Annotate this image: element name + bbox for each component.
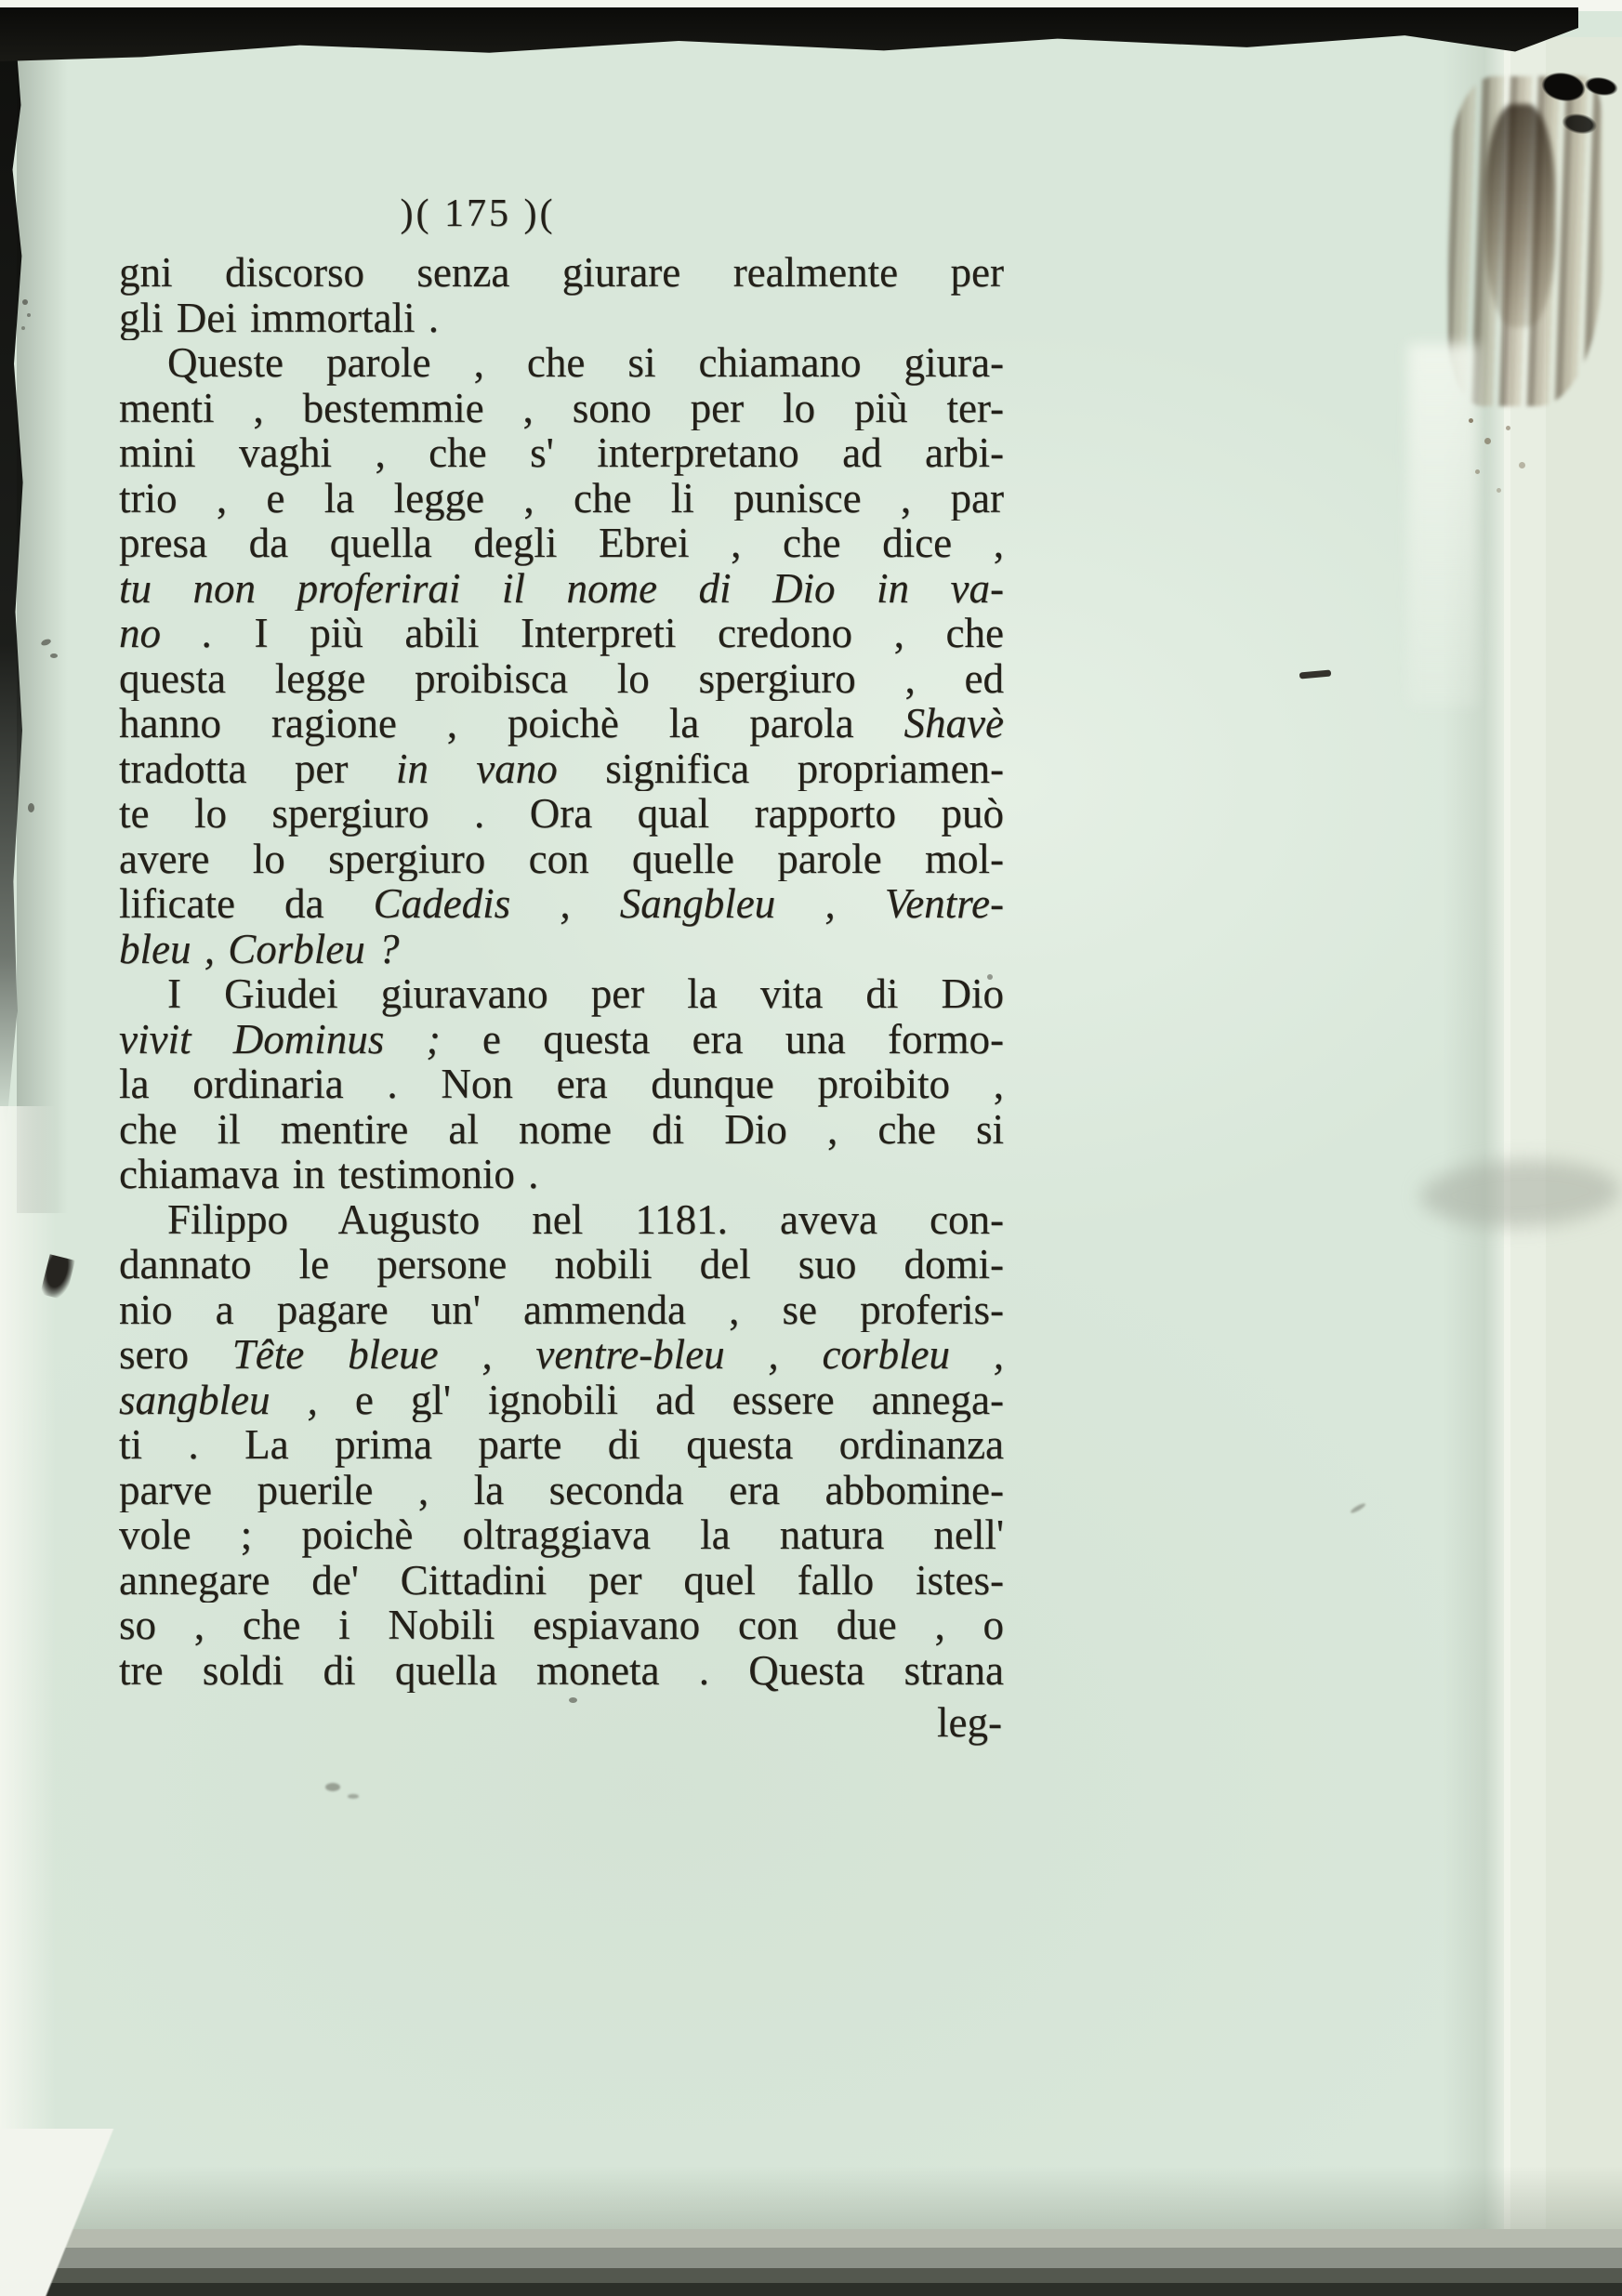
- text-segment: avere lo spergiuro con quelle parole mol…: [119, 837, 1004, 882]
- text-segment: nio a pagare un' ammenda , se proferis-: [119, 1287, 1004, 1333]
- text-line: hanno ragione , poichè la parola Shavè: [119, 701, 1004, 746]
- text-block: )( 175 )( gni discorso senza giurare rea…: [119, 191, 1004, 1746]
- text-segment: te lo spergiuro . Ora qual rapporto può: [119, 791, 1004, 837]
- text-line: Filippo Augusto nel 1181. aveva con-: [119, 1197, 1004, 1243]
- text-line: tre soldi di quella moneta . Questa stra…: [119, 1648, 1004, 1694]
- text-line: la ordinaria . Non era dunque proibito ,: [119, 1062, 1004, 1107]
- text-segment: la ordinaria . Non era dunque proibito ,: [119, 1062, 1004, 1107]
- text-segment: Tête bleue , ventre-bleu , corbleu ,: [232, 1332, 1004, 1378]
- text-segment: dannato le persone nobili del suo domi-: [119, 1242, 1004, 1287]
- text-segment: tradotta per: [119, 746, 396, 792]
- text-segment: significa propriamen-: [558, 746, 1004, 792]
- text-segment: gli Dei immortali .: [119, 296, 439, 341]
- text-line: annegare de' Cittadini per quel fallo is…: [119, 1558, 1004, 1603]
- text-segment: e gl' ignobili ad essere annega-: [318, 1378, 1004, 1423]
- text-line: gli Dei immortali .: [119, 296, 1004, 341]
- text-segment: mini vaghi , che s' interpretano ad arbi…: [119, 430, 1004, 476]
- text-segment: annegare de' Cittadini per quel fallo is…: [119, 1558, 1004, 1603]
- text-segment: chiamava in testimonio .: [119, 1152, 538, 1197]
- text-line: sangbleu , e gl' ignobili ad essere anne…: [119, 1378, 1004, 1423]
- text-line: lificate da Cadedis , Sangbleu , Ventre-: [119, 881, 1004, 927]
- pale-streak: [1408, 344, 1478, 706]
- text-segment: questa legge proibisca lo spergiuro , ed: [119, 656, 1004, 702]
- text-segment: parve puerile , la seconda era abbomine-: [119, 1468, 1004, 1513]
- text-segment: ti . La prima parte di questa ordinanza: [119, 1422, 1004, 1468]
- text-line: vivit Dominus ; e questa era una formo-: [119, 1017, 1004, 1062]
- text-line: questa legge proibisca lo spergiuro , ed: [119, 656, 1004, 702]
- text-segment: trio , e la legge , che li punisce , par: [119, 476, 1004, 521]
- text-line: ti . La prima parte di questa ordinanza: [119, 1422, 1004, 1468]
- text-segment: che il mentire al nome di Dio , che si: [119, 1107, 1004, 1153]
- text-segment: Queste parole , che si chiamano giura-: [167, 340, 1004, 386]
- text-segment: Filippo Augusto nel 1181. aveva con-: [167, 1197, 1004, 1243]
- catchword: leg-: [119, 1700, 1004, 1746]
- text-line: no . I più abili Interpreti credono , ch…: [119, 611, 1004, 656]
- text-segment: so , che i Nobili espiavano con due , o: [119, 1603, 1004, 1648]
- text-line: mini vaghi , che s' interpretano ad arbi…: [119, 430, 1004, 476]
- text-segment: I più abili Interpreti credono , che: [213, 611, 1004, 656]
- text-line: tu non proferirai il nome di Dio in va-: [119, 566, 1004, 612]
- paper-speck: [28, 803, 34, 812]
- text-line: tradotta per in vano significa propriame…: [119, 746, 1004, 792]
- text-segment: gni discorso senza giurare realmente per: [119, 250, 1004, 296]
- paper-speck: [50, 653, 58, 658]
- text-segment: vivit Dominus ;: [119, 1017, 441, 1062]
- text-line: presa da quella degli Ebrei , che dice ,: [119, 521, 1004, 566]
- text-segment: in vano: [396, 746, 558, 792]
- text-line: chiamava in testimonio .: [119, 1152, 1004, 1197]
- text-line: menti , bestemmie , sono per lo più ter-: [119, 386, 1004, 431]
- text-segment: Cadedis , Sangbleu , Ventre-: [374, 881, 1004, 927]
- text-line: gni discorso senza giurare realmente per: [119, 250, 1004, 296]
- text-segment: Shavè: [904, 701, 1004, 746]
- text-segment: menti , bestemmie , sono per lo più ter-: [119, 386, 1004, 431]
- text-line: bleu , Corbleu ?: [119, 927, 1004, 972]
- text-segment: tre soldi di quella moneta . Questa stra…: [119, 1648, 1004, 1694]
- text-segment: no .: [119, 611, 213, 656]
- text-line: so , che i Nobili espiavano con due , o: [119, 1603, 1004, 1648]
- page-number-header: )( 175 )(: [35, 191, 920, 237]
- text-segment: e questa era una formo-: [441, 1017, 1004, 1062]
- bottom-page-shadow: [0, 2166, 1622, 2231]
- text-segment: tu non proferirai il nome di Dio in va-: [119, 566, 1004, 612]
- bottom-left-page-corner: [0, 2129, 149, 2296]
- text-segment: sero: [119, 1332, 232, 1378]
- paper-speck: [325, 1783, 340, 1791]
- text-line: te lo spergiuro . Ora qual rapporto può: [119, 791, 1004, 837]
- text-line: Queste parole , che si chiamano giura-: [119, 340, 1004, 386]
- text-line: avere lo spergiuro con quelle parole mol…: [119, 837, 1004, 882]
- text-segment: presa da quella degli Ebrei , che dice ,: [119, 521, 1004, 566]
- text-line: dannato le persone nobili del suo domi-: [119, 1242, 1004, 1287]
- text-segment: sangbleu ,: [119, 1378, 318, 1423]
- text-line: trio , e la legge , che li punisce , par: [119, 476, 1004, 521]
- text-segment: vole ; poichè oltraggiava la natura nell…: [119, 1512, 1004, 1558]
- text-segment: bleu , Corbleu ?: [119, 927, 399, 972]
- ink-scribble-mark: [1526, 56, 1622, 158]
- text-segment: hanno ragione , poichè la parola: [119, 701, 904, 746]
- text-line: vole ; poichè oltraggiava la natura nell…: [119, 1512, 1004, 1558]
- text-line: che il mentire al nome di Dio , che si: [119, 1107, 1004, 1153]
- body-text: gni discorso senza giurare realmente per…: [119, 250, 1004, 1693]
- scanned-book-page: )( 175 )( gni discorso senza giurare rea…: [0, 0, 1622, 2296]
- text-segment: I Giudei giuravano per la vita di Dio: [167, 971, 1004, 1017]
- paper-speck: [22, 299, 28, 305]
- text-line: I Giudei giuravano per la vita di Dio: [119, 971, 1004, 1017]
- text-segment: lificate da: [119, 881, 374, 927]
- text-line: parve puerile , la seconda era abbomine-: [119, 1468, 1004, 1513]
- text-line: sero Tête bleue , ventre-bleu , corbleu …: [119, 1332, 1004, 1378]
- stain-speckles: [1469, 418, 1473, 423]
- scan-bottom-dark-band: [0, 2229, 1622, 2296]
- text-line: nio a pagare un' ammenda , se proferis-: [119, 1287, 1004, 1333]
